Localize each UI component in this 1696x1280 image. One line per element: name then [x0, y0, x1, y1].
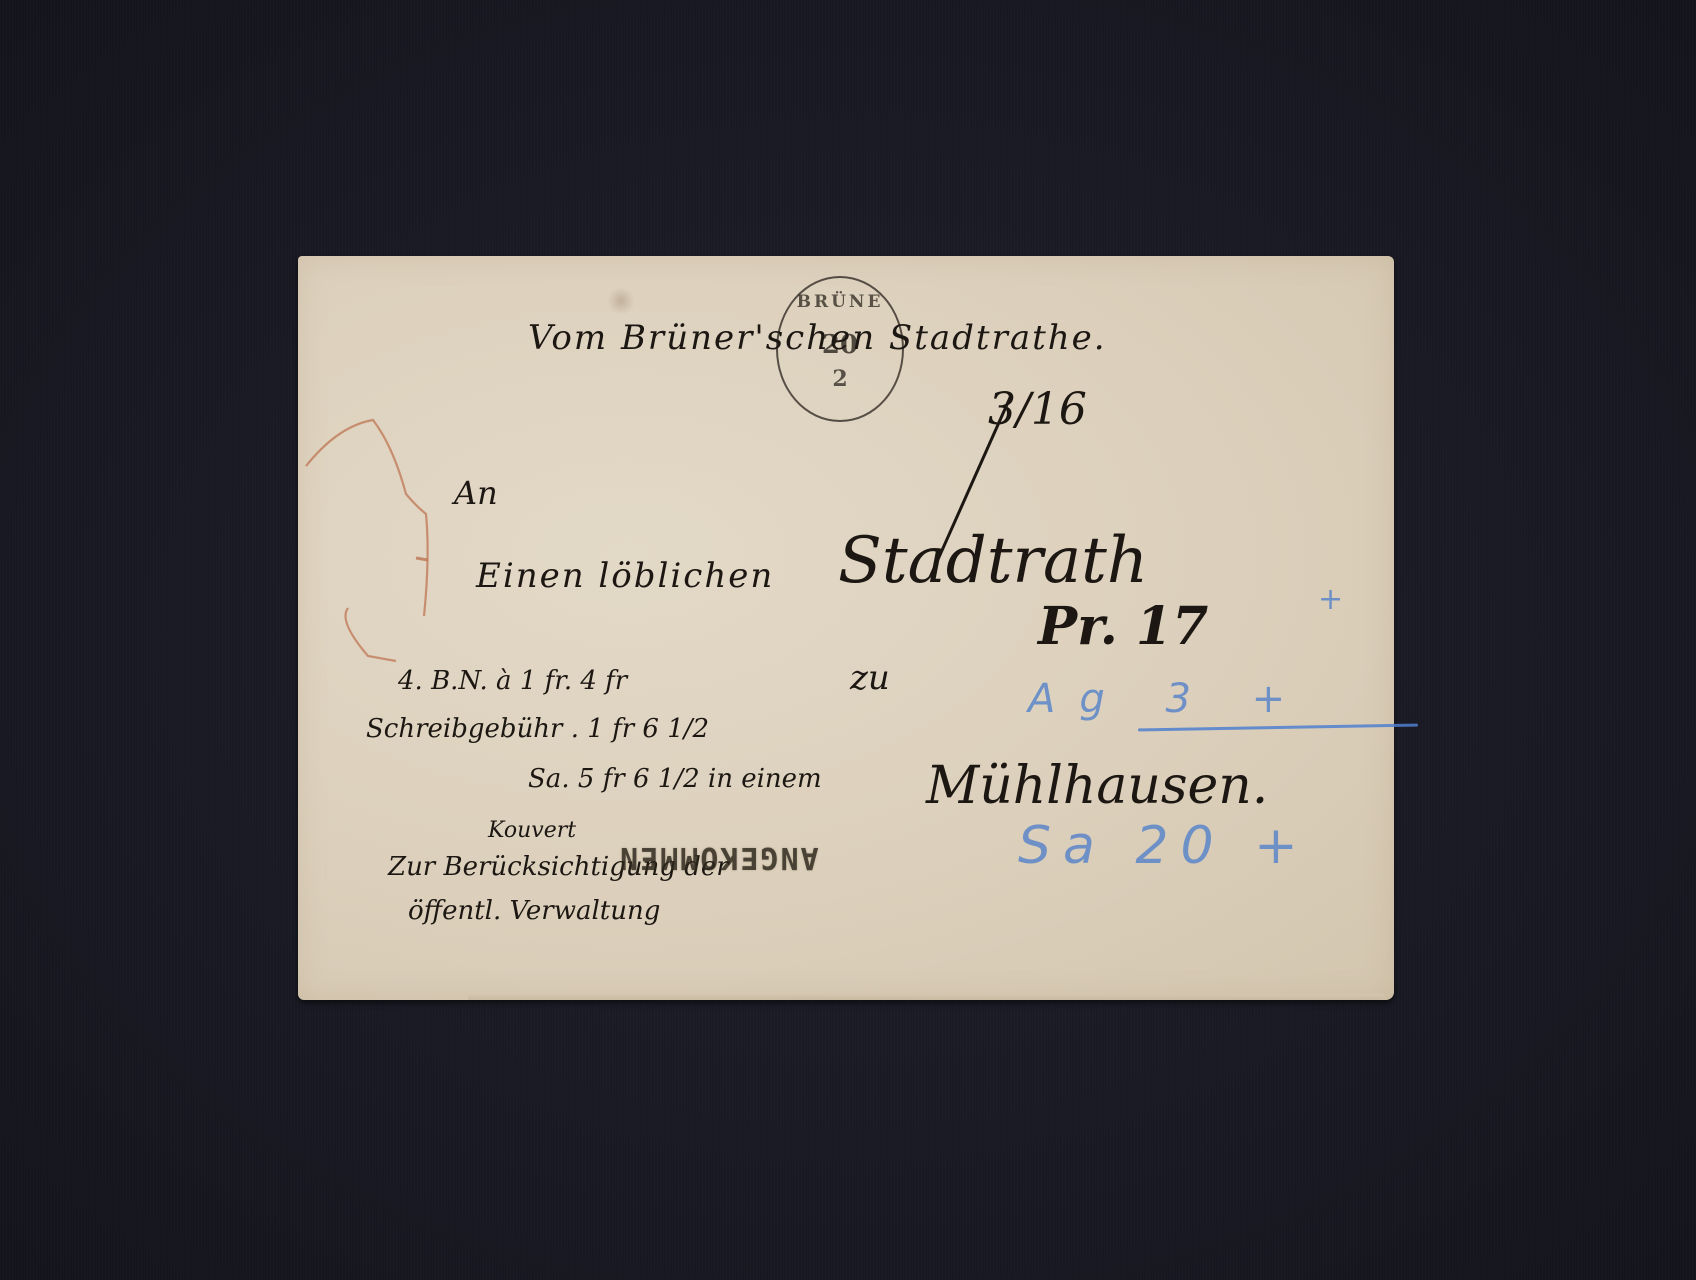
note-line: öffentl. Verwaltung [408, 896, 660, 926]
blue-underline [1138, 724, 1418, 732]
blue-pencil-mark: + [1318, 582, 1343, 617]
note-line: Schreibgebühr . 1 fr 6 1/2 [366, 714, 709, 744]
blue-pencil-line: Ag 3 + [1028, 676, 1309, 722]
paper-stain [608, 286, 634, 316]
note-line: 4. B.N. à 1 fr. 4 fr [398, 666, 627, 696]
note-line: Sa. 5 fr 6 1/2 in einem [528, 764, 822, 794]
address-city: Mühlhausen. [926, 756, 1268, 816]
note-line: Kouvert [488, 818, 576, 843]
address-name: Stadtrath [838, 524, 1148, 598]
address-salutation: An [454, 474, 498, 512]
receiving-stamp: ANGEKOMMEN [618, 840, 819, 875]
postmark-town: BRÜNE [778, 292, 902, 312]
address-preposition: zu [850, 658, 890, 698]
address-reference: Pr. 17 [1038, 596, 1208, 657]
sender-line: Vom Brüner'schen Stadtrathe. [528, 318, 1107, 358]
address-line1: Einen löblichen [476, 556, 774, 596]
postal-cover: BRÜNE 20 2 Vom Brüner'schen Stadtrathe. … [298, 256, 1394, 1000]
postmark-month: 2 [778, 366, 902, 392]
red-crayon-mark [298, 406, 438, 666]
blue-pencil-total: Sa 20 + [1018, 816, 1310, 876]
